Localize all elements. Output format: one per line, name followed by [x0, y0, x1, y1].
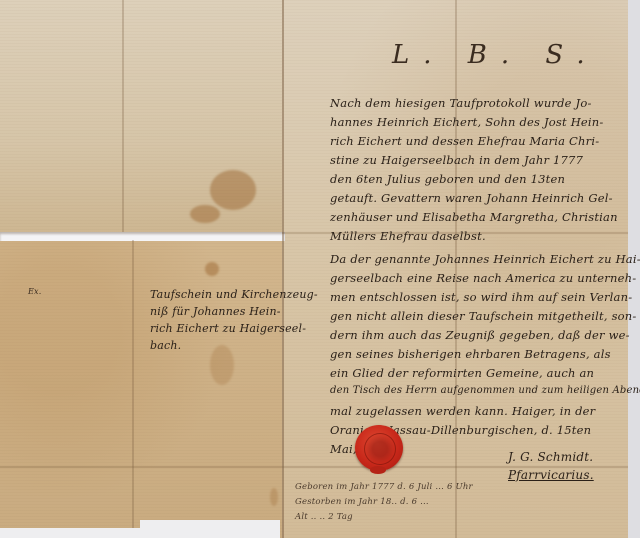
margin-note-line: Taufschein und Kirchenzeug- — [150, 288, 318, 301]
margin-note-line: bach. — [150, 339, 181, 352]
signature-name: J. G. Schmidt. — [508, 450, 593, 464]
body-line: gerseelbach eine Reise nach America zu u… — [330, 271, 636, 285]
fold-line — [455, 0, 457, 538]
wax-seal-icon — [355, 425, 403, 471]
body-line: hannes Heinrich Eichert, Sohn des Jost H… — [330, 115, 604, 129]
body-line: ein Glied der reformirten Gemeine, auch … — [330, 366, 594, 380]
record-note-line: Alt .. .. 2 Tag — [295, 512, 353, 522]
body-line: dern ihm auch das Zeugniß gegeben, daß d… — [330, 328, 630, 342]
body-line: gen nicht allein dieser Taufschein mitge… — [330, 309, 637, 323]
water-stain — [210, 170, 256, 210]
fold-line — [122, 0, 124, 232]
record-note-line: Geboren im Jahr 1777 d. 6 Juli ... 6 Uhr — [295, 482, 473, 492]
water-stain — [205, 262, 219, 276]
body-line: mal zugelassen werden kann. Haiger, in d… — [330, 404, 595, 418]
paper-gap — [0, 232, 285, 241]
body-line: Nach dem hiesigen Taufprotokoll wurde Jo… — [330, 96, 592, 110]
document-heading: L. B. S. — [392, 40, 599, 70]
water-stain — [210, 345, 234, 385]
fold-line — [132, 240, 134, 538]
water-stain — [270, 488, 278, 506]
seal-emblem — [364, 433, 396, 465]
body-line: gen seines bisherigen ehrbaren Betragens… — [330, 347, 611, 361]
body-line: den Tisch des Herrn aufgenommen und zum … — [330, 385, 640, 396]
body-line: Müllers Ehefrau daselbst. — [330, 229, 486, 243]
signature-title: Pfarrvicarius. — [508, 468, 594, 482]
body-line: rich Eichert und dessen Ehefrau Maria Ch… — [330, 134, 599, 148]
torn-edge — [140, 520, 280, 538]
tiny-margin-mark: Ex. — [28, 287, 42, 296]
body-line: Da der genannte Johannes Heinrich Eicher… — [330, 252, 640, 266]
document-photograph: L. B. S. Nach dem hiesigen Taufprotokoll… — [0, 0, 640, 538]
record-note-line: Gestorben im Jahr 18.. d. 6 ... — [295, 497, 429, 507]
margin-note-line: niß für Johannes Hein- — [150, 305, 281, 318]
body-line: getauft. Gevattern waren Johann Heinrich… — [330, 191, 613, 205]
body-line: zenhäuser und Elisabetha Margretha, Chri… — [330, 210, 618, 224]
body-line: stine zu Haigerseelbach in dem Jahr 1777 — [330, 153, 583, 167]
water-stain — [190, 205, 220, 223]
body-line: men entschlossen ist, so wird ihm auf se… — [330, 290, 632, 304]
paper-panel-bottom-left — [0, 240, 290, 538]
wax-drip — [370, 466, 386, 474]
torn-edge — [0, 528, 140, 538]
background-edge — [628, 0, 640, 538]
body-line: den 6ten Julius geboren und den 13ten — [330, 172, 565, 186]
fold-line — [282, 0, 284, 538]
margin-note-line: rich Eichert zu Haigerseel- — [150, 322, 306, 335]
